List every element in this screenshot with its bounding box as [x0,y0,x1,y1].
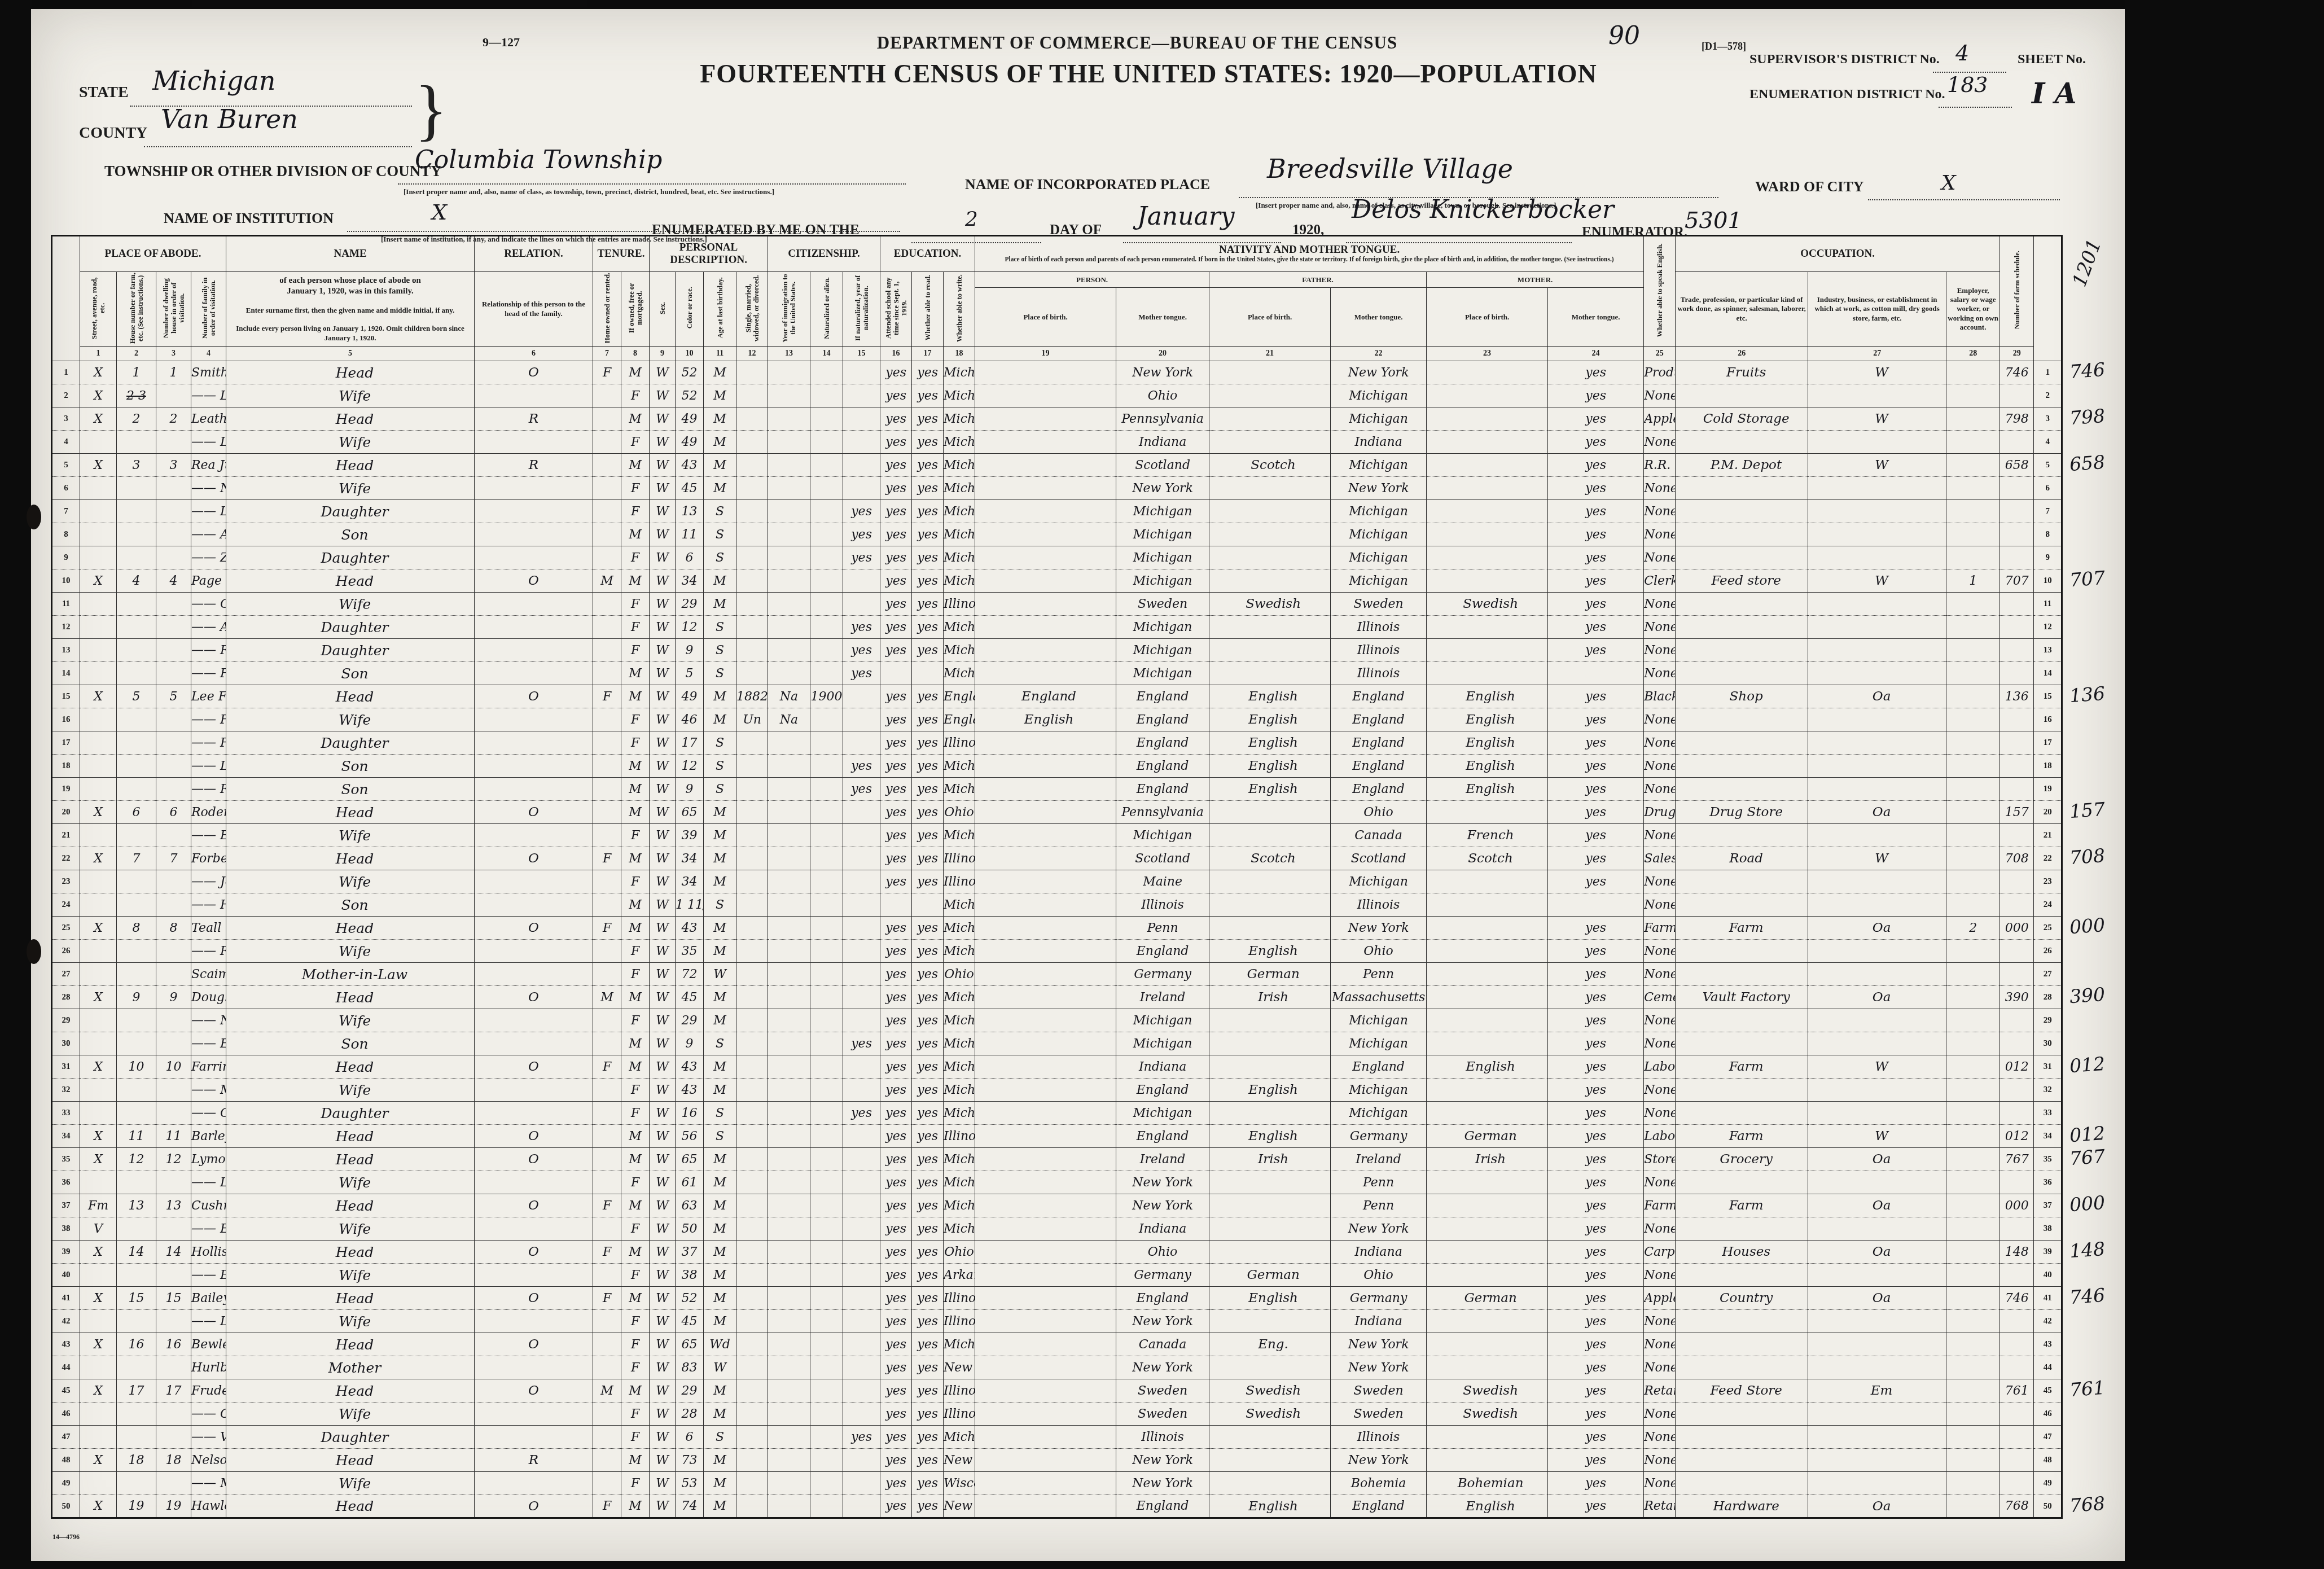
cell-farm-schedule: 148 [2000,1241,2034,1264]
line-number-left: 4 [52,431,80,454]
cell-employer [1946,523,2000,546]
cell-house-number: 15 [117,1287,156,1310]
cell-family-number: Lymon Andrew [191,1148,226,1171]
cell-home-owned [593,1264,621,1287]
cell-house-number [117,1079,156,1102]
cell-immigration-year [768,477,810,500]
cell-relation [475,963,593,986]
scan-artifact [2125,0,2324,1569]
cell-family-number: Hurlbut Sarah C [191,1356,226,1379]
line-number-right: 14 [2034,662,2062,685]
cell-immigration-year [768,1264,810,1287]
col-number-22: 22 [1331,347,1427,361]
cell-industry [1808,1032,1946,1055]
cell-dwelling-number: 19 [156,1495,191,1518]
cell-relation: O [475,847,593,870]
county-value: Van Buren [161,104,298,134]
cell-able-to-write: Michigan [944,500,975,523]
cell-house-number [117,824,156,847]
cell-father-birthplace [1209,1171,1331,1194]
cell-mother-birthplace [1427,1264,1548,1287]
cell-sex: W [650,1287,676,1310]
cell-immigration-year [768,500,810,523]
cell-naturalization-year: yes [843,662,880,685]
cell-marital-status [736,755,768,778]
table-row: 22X77Forbes Harry CHeadOFMW34MyesyesIlli… [52,847,2062,870]
cell-marital-status [736,1287,768,1310]
margin-note: 1201 [2068,236,2106,290]
table-row: 40—— Etta CWifeFW38MyesyesArkansasGerman… [52,1264,2062,1287]
cell-mother-birthplace [1427,1449,1548,1472]
cell-able-to-write: Michigan [944,616,975,639]
cell-person-birthplace [975,731,1116,755]
line-number-right: 17 [2034,731,2062,755]
cell-naturalized [810,1379,843,1403]
cell-person-tongue: Michigan [1116,546,1209,569]
cell-person-birthplace [975,1287,1116,1310]
cell-relation: O [475,1495,593,1518]
line-number-left: 16 [52,708,80,731]
cell-attended-school: yes [880,986,912,1009]
cell-mother-tongue: yes [1548,1449,1644,1472]
cell-relation [475,546,593,569]
cell-sex: W [650,1032,676,1055]
cell-naturalization-year [843,569,880,593]
cell-farm-schedule: 000 [2000,917,2034,940]
cell-employer [1946,731,2000,755]
col-number-27: 27 [1808,347,1946,361]
cell-home-owned [593,1079,621,1102]
cell-dwelling-number: 8 [156,917,191,940]
cell-street: X [80,847,117,870]
cell-immigration-year [768,593,810,616]
cell-naturalized [810,384,843,407]
cell-age: W [704,963,736,986]
cell-employer [1946,893,2000,917]
cell-immigration-year [768,569,810,593]
cell-naturalization-year [843,1055,880,1079]
cell-able-to-read: yes [912,407,944,431]
cell-speaks-english: None [1644,708,1676,731]
cell-speaks-english: Farmer [1644,1194,1676,1217]
cell-person-birthplace [975,917,1116,940]
cell-able-to-write: Michigan [944,1148,975,1171]
cell-farm-schedule [2000,1079,2034,1102]
cell-mother-tongue: yes [1548,1403,1644,1426]
line-number-left: 8 [52,523,80,546]
cell-speaks-english: None [1644,1310,1676,1333]
cell-age: W [704,1356,736,1379]
cell-able-to-write: Illinois [944,1379,975,1403]
line-number-right: 40 [2034,1264,2062,1287]
cell-home-owned [593,1032,621,1055]
cell-trade: Hardware [1676,1495,1808,1518]
cell-mother-tongue: yes [1548,523,1644,546]
cell-able-to-write: Michigan [944,546,975,569]
cell-house-number [117,778,156,801]
cell-father-tongue: Michigan [1331,523,1427,546]
rule [1868,199,2060,200]
cell-mother-tongue: yes [1548,731,1644,755]
cell-naturalization-year [843,708,880,731]
col-header-father-birthplace: Place of birth. [1209,288,1331,347]
cell-farm-schedule [2000,477,2034,500]
col-number-1: 1 [80,347,117,361]
cell-age: M [704,1009,736,1032]
cell-color-race: 56 [676,1125,704,1148]
cell-marital-status [736,1171,768,1194]
cell-relation [475,1472,593,1495]
cell-marital-status: Un [736,708,768,731]
cell-speaks-english: Retail Merchant [1644,1495,1676,1518]
cell-free-mortgaged: M [621,1055,650,1079]
cell-person-birthplace [975,1055,1116,1079]
cell-free-mortgaged: M [621,407,650,431]
cell-naturalization-year: yes [843,523,880,546]
cell-dwelling-number [156,1171,191,1194]
line-number-right: 37 [2034,1194,2062,1217]
cell-dwelling-number [156,778,191,801]
cell-sex: W [650,1403,676,1426]
line-number-right: 29 [2034,1009,2062,1032]
cell-father-tongue: Sweden [1331,1379,1427,1403]
nativity-title: NATIVITY AND MOTHER TONGUE. [975,244,1643,256]
cell-name: Head [226,1125,475,1148]
cell-color-race: 9 [676,639,704,662]
cell-trade [1676,1032,1808,1055]
cell-family-number: —— Alice L [191,616,226,639]
cell-sex: W [650,1449,676,1472]
cell-age: M [704,431,736,454]
cell-industry: W [1808,454,1946,477]
margin-number: 148 [2069,1238,2106,1262]
cell-house-number [117,1102,156,1125]
cell-home-owned [593,593,621,616]
col-number-20: 20 [1116,347,1209,361]
cell-immigration-year [768,1171,810,1194]
margin-number: 746 [2069,358,2106,383]
cell-father-birthplace [1209,893,1331,917]
cell-sex: W [650,1495,676,1518]
cell-attended-school: yes [880,1079,912,1102]
cell-home-owned [593,616,621,639]
cell-father-tongue: England [1331,778,1427,801]
cell-name: Head [226,1148,475,1171]
cell-father-birthplace: English [1209,1287,1331,1310]
cell-speaks-english: None [1644,477,1676,500]
cell-attended-school: yes [880,940,912,963]
cell-name: Daughter [226,500,475,523]
cell-father-birthplace: Swedish [1209,593,1331,616]
cell-dwelling-number [156,870,191,893]
cell-person-birthplace [975,986,1116,1009]
cell-father-tongue: Sweden [1331,1403,1427,1426]
cell-employer [1946,1055,2000,1079]
cell-street [80,616,117,639]
cell-industry: Oa [1808,1148,1946,1171]
cell-mother-tongue: yes [1548,1310,1644,1333]
cell-sex: W [650,685,676,708]
cell-immigration-year [768,1379,810,1403]
col-subgroup-mother: MOTHER. [1427,272,1644,288]
cell-able-to-write: Illinois [944,1403,975,1426]
cell-house-number [117,1426,156,1449]
cell-family-number: —— Jeanette M [191,870,226,893]
cell-employer [1946,500,2000,523]
line-number-right: 21 [2034,824,2062,847]
cell-employer [1946,1241,2000,1264]
cell-person-tongue: New York [1116,1356,1209,1379]
cell-home-owned [593,870,621,893]
line-number-left: 23 [52,870,80,893]
cell-naturalized [810,801,843,824]
cell-name: Wife [226,1079,475,1102]
cell-trade [1676,870,1808,893]
line-number-left: 47 [52,1426,80,1449]
cell-sex: W [650,1171,676,1194]
cell-family-number: Frude William E [191,1379,226,1403]
cell-color-race: 49 [676,685,704,708]
cell-immigration-year [768,454,810,477]
cell-age: M [704,986,736,1009]
cell-industry [1808,824,1946,847]
cell-industry [1808,708,1946,731]
col-number-5: 5 [226,347,475,361]
cell-attended-school: yes [880,1310,912,1333]
line-number-right: 28 [2034,986,2062,1009]
cell-house-number [117,546,156,569]
cell-trade: Drug Store [1676,801,1808,824]
cell-naturalized [810,731,843,755]
institution-label: NAME OF INSTITUTION [164,210,334,227]
cell-naturalized [810,917,843,940]
cell-trade: P.M. Depot [1676,454,1808,477]
cell-street: X [80,1333,117,1356]
cell-able-to-read: yes [912,685,944,708]
cell-able-to-read: yes [912,500,944,523]
cell-color-race: 43 [676,454,704,477]
cell-able-to-read: yes [912,1148,944,1171]
cell-sex: W [650,546,676,569]
cell-attended-school: yes [880,616,912,639]
cell-attended-school: yes [880,1217,912,1241]
cell-family-number: —— Rose E [191,940,226,963]
cell-speaks-english: None [1644,523,1676,546]
table-row: 19—— RichardSonMW9SyesyesyesMichiganEngl… [52,778,2062,801]
line-number-right: 15 [2034,685,2062,708]
cell-house-number [117,1009,156,1032]
cell-mother-tongue [1548,893,1644,917]
cell-employer [1946,1125,2000,1148]
cell-person-birthplace [975,755,1116,778]
table-row: 18—— LeonardSonMW12SyesyesyesMichiganEng… [52,755,2062,778]
cell-name: Wife [226,870,475,893]
cell-person-tongue: New York [1116,1171,1209,1194]
cell-person-tongue: Michigan [1116,616,1209,639]
margin-number: 707 [2069,567,2106,591]
cell-relation [475,639,593,662]
cell-farm-schedule [2000,1426,2034,1449]
cell-able-to-write: Michigan [944,1171,975,1194]
cell-street [80,1426,117,1449]
cell-color-race: 29 [676,1379,704,1403]
cell-immigration-year [768,755,810,778]
cell-naturalization-year: yes [843,1426,880,1449]
cell-house-number: 18 [117,1449,156,1472]
cell-home-owned [593,407,621,431]
cell-trade [1676,500,1808,523]
cell-able-to-read [912,893,944,917]
table-row: 8—— Albert J.SonMW11SyesyesyesMichiganMi… [52,523,2062,546]
cell-free-mortgaged: M [621,1125,650,1148]
cell-marital-status [736,569,768,593]
col-number-16: 16 [880,347,912,361]
cell-naturalized [810,1171,843,1194]
col-group-occupation: OCCUPATION. [1676,236,2000,272]
cell-speaks-english: None [1644,546,1676,569]
cell-age: M [704,1449,736,1472]
cell-age: M [704,1217,736,1241]
cell-dwelling-number [156,384,191,407]
cell-father-tongue: Michigan [1331,454,1427,477]
cell-house-number [117,523,156,546]
line-number-left: 34 [52,1125,80,1148]
cell-free-mortgaged: M [621,1379,650,1403]
cell-father-birthplace [1209,1449,1331,1472]
table-row: 30—— Emerson ASonMW9SyesyesyesMichiganMi… [52,1032,2062,1055]
cell-free-mortgaged: F [621,616,650,639]
cell-mother-birthplace [1427,870,1548,893]
cell-house-number [117,1356,156,1379]
cell-person-birthplace [975,778,1116,801]
col-number-19: 19 [975,347,1116,361]
cell-free-mortgaged: F [621,824,650,847]
cell-free-mortgaged: F [621,963,650,986]
cell-attended-school: yes [880,407,912,431]
cell-naturalized [810,1356,843,1379]
cell-age: M [704,917,736,940]
cell-mother-tongue: yes [1548,1379,1644,1403]
cell-naturalization-year [843,1310,880,1333]
cell-naturalization-year [843,801,880,824]
scan-artifact [0,1561,2324,1569]
scan-artifact [192,0,587,7]
table-row: 10X44Page Grover H.HeadOMMW34MyesyesMich… [52,569,2062,593]
cell-marital-status [736,1032,768,1055]
line-number-right: 1 [2034,361,2062,384]
margin-number: 798 [2069,405,2106,429]
line-number-left: 33 [52,1102,80,1125]
cell-attended-school: yes [880,569,912,593]
line-number-left: 43 [52,1333,80,1356]
cell-father-tongue: New York [1331,1333,1427,1356]
cell-speaks-english: None [1644,778,1676,801]
line-number-left: 10 [52,569,80,593]
col-number-26: 26 [1676,347,1808,361]
cell-trade [1676,1102,1808,1125]
cell-house-number: 1 [117,361,156,384]
cell-person-tongue: Ireland [1116,986,1209,1009]
cell-able-to-write: Michigan [944,1333,975,1356]
cell-mother-birthplace: English [1427,755,1548,778]
cell-mother-tongue: yes [1548,1125,1644,1148]
cell-marital-status [736,778,768,801]
cell-name: Head [226,1194,475,1217]
cell-color-race: 65 [676,1333,704,1356]
cell-trade [1676,1426,1808,1449]
cell-person-tongue: Sweden [1116,1379,1209,1403]
cell-dwelling-number: 13 [156,1194,191,1217]
table-row: 28X99Douglas Robert AHeadOMMW45MyesyesMi… [52,986,2062,1009]
cell-able-to-write: Illinois [944,1287,975,1310]
cell-name: Head [226,847,475,870]
table-row: 20X66Rodenbaugh Henry WHeadOMW65MyesyesO… [52,801,2062,824]
cell-speaks-english: None [1644,940,1676,963]
cell-father-tongue: New York [1331,1217,1427,1241]
cell-industry [1808,1333,1946,1356]
cell-house-number: 17 [117,1379,156,1403]
cell-name: Wife [226,940,475,963]
cell-family-number: —— Emerson A [191,1032,226,1055]
cell-mother-birthplace [1427,454,1548,477]
cell-person-birthplace [975,847,1116,870]
cell-able-to-write: England [944,685,975,708]
cell-marital-status [736,1472,768,1495]
state-label: STATE [79,84,129,102]
cell-naturalization-year: yes [843,755,880,778]
table-row: 24—— Harry R.SonMW1 11/12SMichiganIllino… [52,893,2062,917]
cell-mother-birthplace: English [1427,1495,1548,1518]
cell-farm-schedule [2000,593,2034,616]
cell-mother-tongue [1548,662,1644,685]
cell-naturalization-year [843,893,880,917]
cell-naturalized [810,1495,843,1518]
cell-family-number: —— Gertrude [191,1102,226,1125]
cell-industry: W [1808,407,1946,431]
cell-industry [1808,1310,1946,1333]
cell-father-birthplace [1209,500,1331,523]
cell-naturalized [810,1426,843,1449]
cell-marital-status [736,1148,768,1171]
cell-farm-schedule [2000,824,2034,847]
cell-mother-birthplace [1427,917,1548,940]
col-header-person-birthplace: Place of birth. [975,288,1116,347]
cell-street [80,1403,117,1426]
cell-employer [1946,940,2000,963]
cell-naturalization-year [843,963,880,986]
cell-family-number: —— Myrtle [191,1079,226,1102]
cell-naturalized [810,523,843,546]
margin-number: 746 [2069,1284,2106,1308]
line-number-right: 34 [2034,1125,2062,1148]
cell-family-number: —— Nina Z [191,477,226,500]
col-number-14: 14 [810,347,843,361]
cell-father-tongue: Michigan [1331,500,1427,523]
cell-marital-status [736,893,768,917]
cell-attended-school: yes [880,917,912,940]
cell-sex: W [650,824,676,847]
col-group-personal: PERSONAL DESCRIPTION. [650,236,768,272]
cell-family-number: Scaiminger Mary [191,963,226,986]
cell-street: X [80,1287,117,1310]
cell-street: X [80,1495,117,1518]
cell-relation [475,1102,593,1125]
cell-father-birthplace: Eng. [1209,1333,1331,1356]
cell-naturalization-year [843,1287,880,1310]
plate-number: [D1—578] [1702,41,1746,52]
cell-person-birthplace [975,1333,1116,1356]
line-number-left: 50 [52,1495,80,1518]
